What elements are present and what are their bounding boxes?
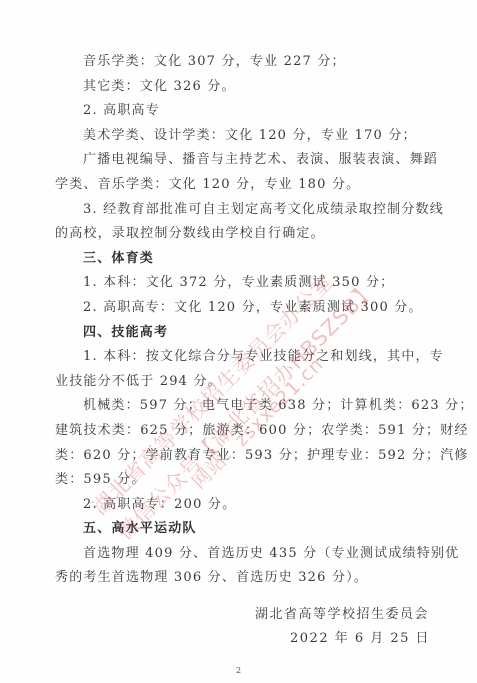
text-line: 1. 本科：文化 372 分，专业素质测试 350 分； bbox=[55, 271, 435, 296]
section-heading-sports: 三、体育类 bbox=[55, 247, 435, 272]
text-line: 2. 高职高专 bbox=[55, 99, 435, 124]
text-line: 2. 高职高专：200 分。 bbox=[55, 493, 435, 518]
text-line: 类：620 分；学前教育专业：593 分；护理专业：592 分；汽修 bbox=[55, 444, 435, 469]
section-heading-athletics: 五、高水平运动队 bbox=[55, 517, 435, 542]
section-heading-skills: 四、技能高考 bbox=[55, 321, 435, 346]
text-line: 1. 本科：按文化综合分与专业技能分之和划线，其中，专 bbox=[55, 345, 435, 370]
text-line: 学类、音乐学类：文化 120 分，专业 180 分。 bbox=[55, 173, 435, 198]
text-line: 2. 高职高专：文化 120 分，专业素质测试 300 分。 bbox=[55, 296, 435, 321]
text-line: 业技能分不低于 294 分。 bbox=[55, 370, 435, 395]
text-line: 其它类：文化 326 分。 bbox=[55, 75, 435, 100]
text-line: 秀的考生首选物理 306 分、首选历史 326 分）。 bbox=[55, 566, 435, 591]
text-line: 广播电视编导、播音与主持艺术、表演、服装表演、舞蹈 bbox=[55, 148, 435, 173]
document-body: 音乐学类：文化 307 分，专业 227 分； 其它类：文化 326 分。 2.… bbox=[55, 50, 435, 591]
text-line: 的高校，录取控制分数线由学校自行确定。 bbox=[55, 222, 435, 247]
text-line: 首选物理 409 分、首选历史 435 分（专业测试成绩特别优 bbox=[55, 542, 435, 567]
text-line: 美术学类、设计学类：文化 120 分，专业 170 分； bbox=[55, 124, 435, 149]
text-line: 类：595 分。 bbox=[55, 468, 435, 493]
text-line: 机械类：597 分；电气电子类 638 分；计算机类：623 分； bbox=[55, 394, 435, 419]
signature-organization: 湖北省高等学校招生委员会 bbox=[255, 603, 455, 622]
text-line: 音乐学类：文化 307 分，专业 227 分； bbox=[55, 50, 435, 75]
document-page: 音乐学类：文化 307 分，专业 227 分； 其它类：文化 326 分。 2.… bbox=[0, 0, 477, 683]
text-line: 3. 经教育部批准可自主划定高考文化成绩录取控制分数线 bbox=[55, 198, 435, 223]
text-line: 建筑技术类：625 分；旅游类：600 分；农学类：591 分；财经 bbox=[55, 419, 435, 444]
page-number: 2 bbox=[0, 666, 477, 675]
signature-date: 2022 年 6 月 25 日 bbox=[290, 627, 470, 646]
